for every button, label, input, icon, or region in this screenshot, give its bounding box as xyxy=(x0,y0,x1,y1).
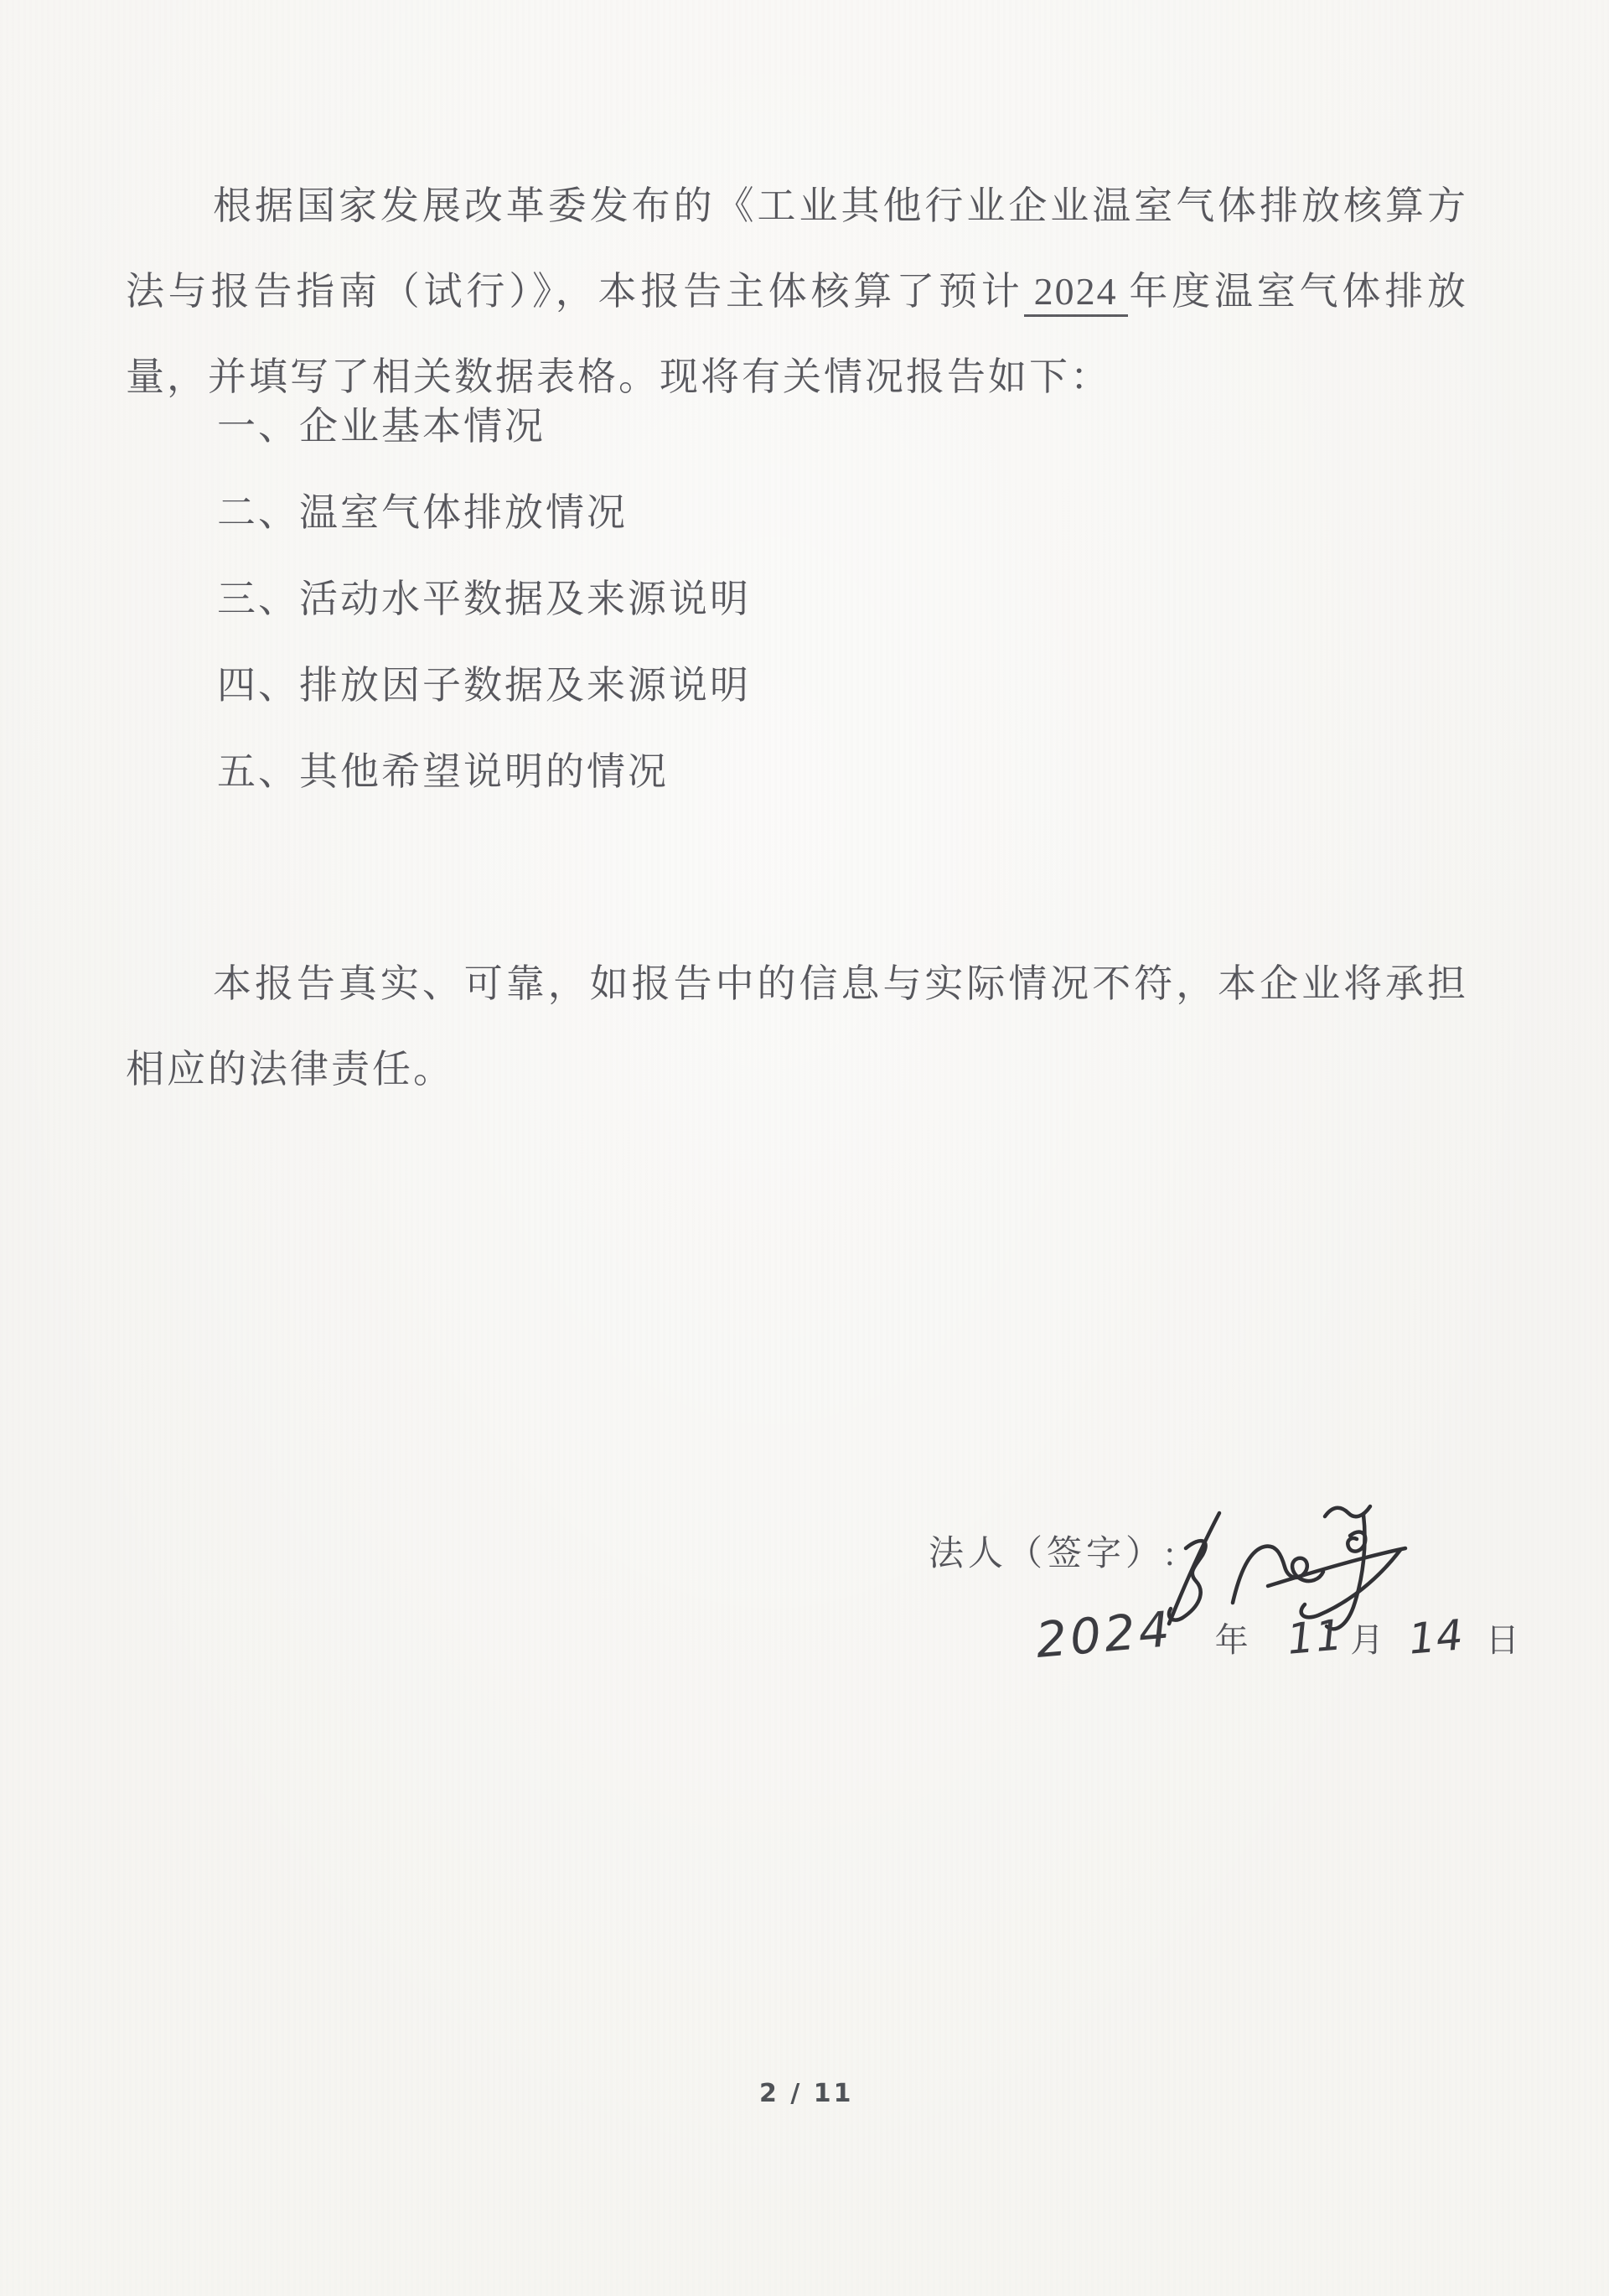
scanned-report-page: 根据国家发展改革委发布的《工业其他行业企业温室气体排放核算方法与报告指南（试行）… xyxy=(0,0,1609,2296)
list-item-activity-data: 三、活动水平数据及来源说明 xyxy=(217,556,751,642)
handwritten-day: 14 xyxy=(1407,1610,1466,1663)
intro-paragraph: 根据国家发展改革委发布的《工业其他行业企业温室气体排放核算方法与报告指南（试行）… xyxy=(126,163,1468,420)
handwritten-month: 11 xyxy=(1285,1610,1345,1664)
declaration-paragraph: 本报告真实、可靠，如报告中的信息与实际情况不符，本企业将承担相应的法律责任。 xyxy=(126,941,1468,1112)
year-unit-label: 年 xyxy=(1215,1614,1249,1661)
handwritten-year: 2024 xyxy=(1033,1600,1175,1669)
day-unit-label: 日 xyxy=(1486,1614,1519,1661)
list-item-ghg-emissions: 二、温室气体排放情况 xyxy=(217,469,751,556)
page-number: 2 / 11 xyxy=(759,2079,853,2108)
legal-person-signature-label: 法人（签字）: xyxy=(929,1526,1179,1576)
month-unit-label: 月 xyxy=(1350,1614,1384,1661)
reporting-year-underlined: 2024 xyxy=(1024,270,1128,317)
report-contents-list: 一、企业基本情况 二、温室气体排放情况 三、活动水平数据及来源说明 四、排放因子… xyxy=(217,383,751,815)
list-item-emission-factors: 四、排放因子数据及来源说明 xyxy=(217,642,751,728)
signature-date-line: 2024 年 11 月 14 日 xyxy=(1036,1606,1519,1663)
list-item-other-notes: 五、其他希望说明的情况 xyxy=(217,728,751,815)
list-item-basic-info: 一、企业基本情况 xyxy=(217,383,751,469)
